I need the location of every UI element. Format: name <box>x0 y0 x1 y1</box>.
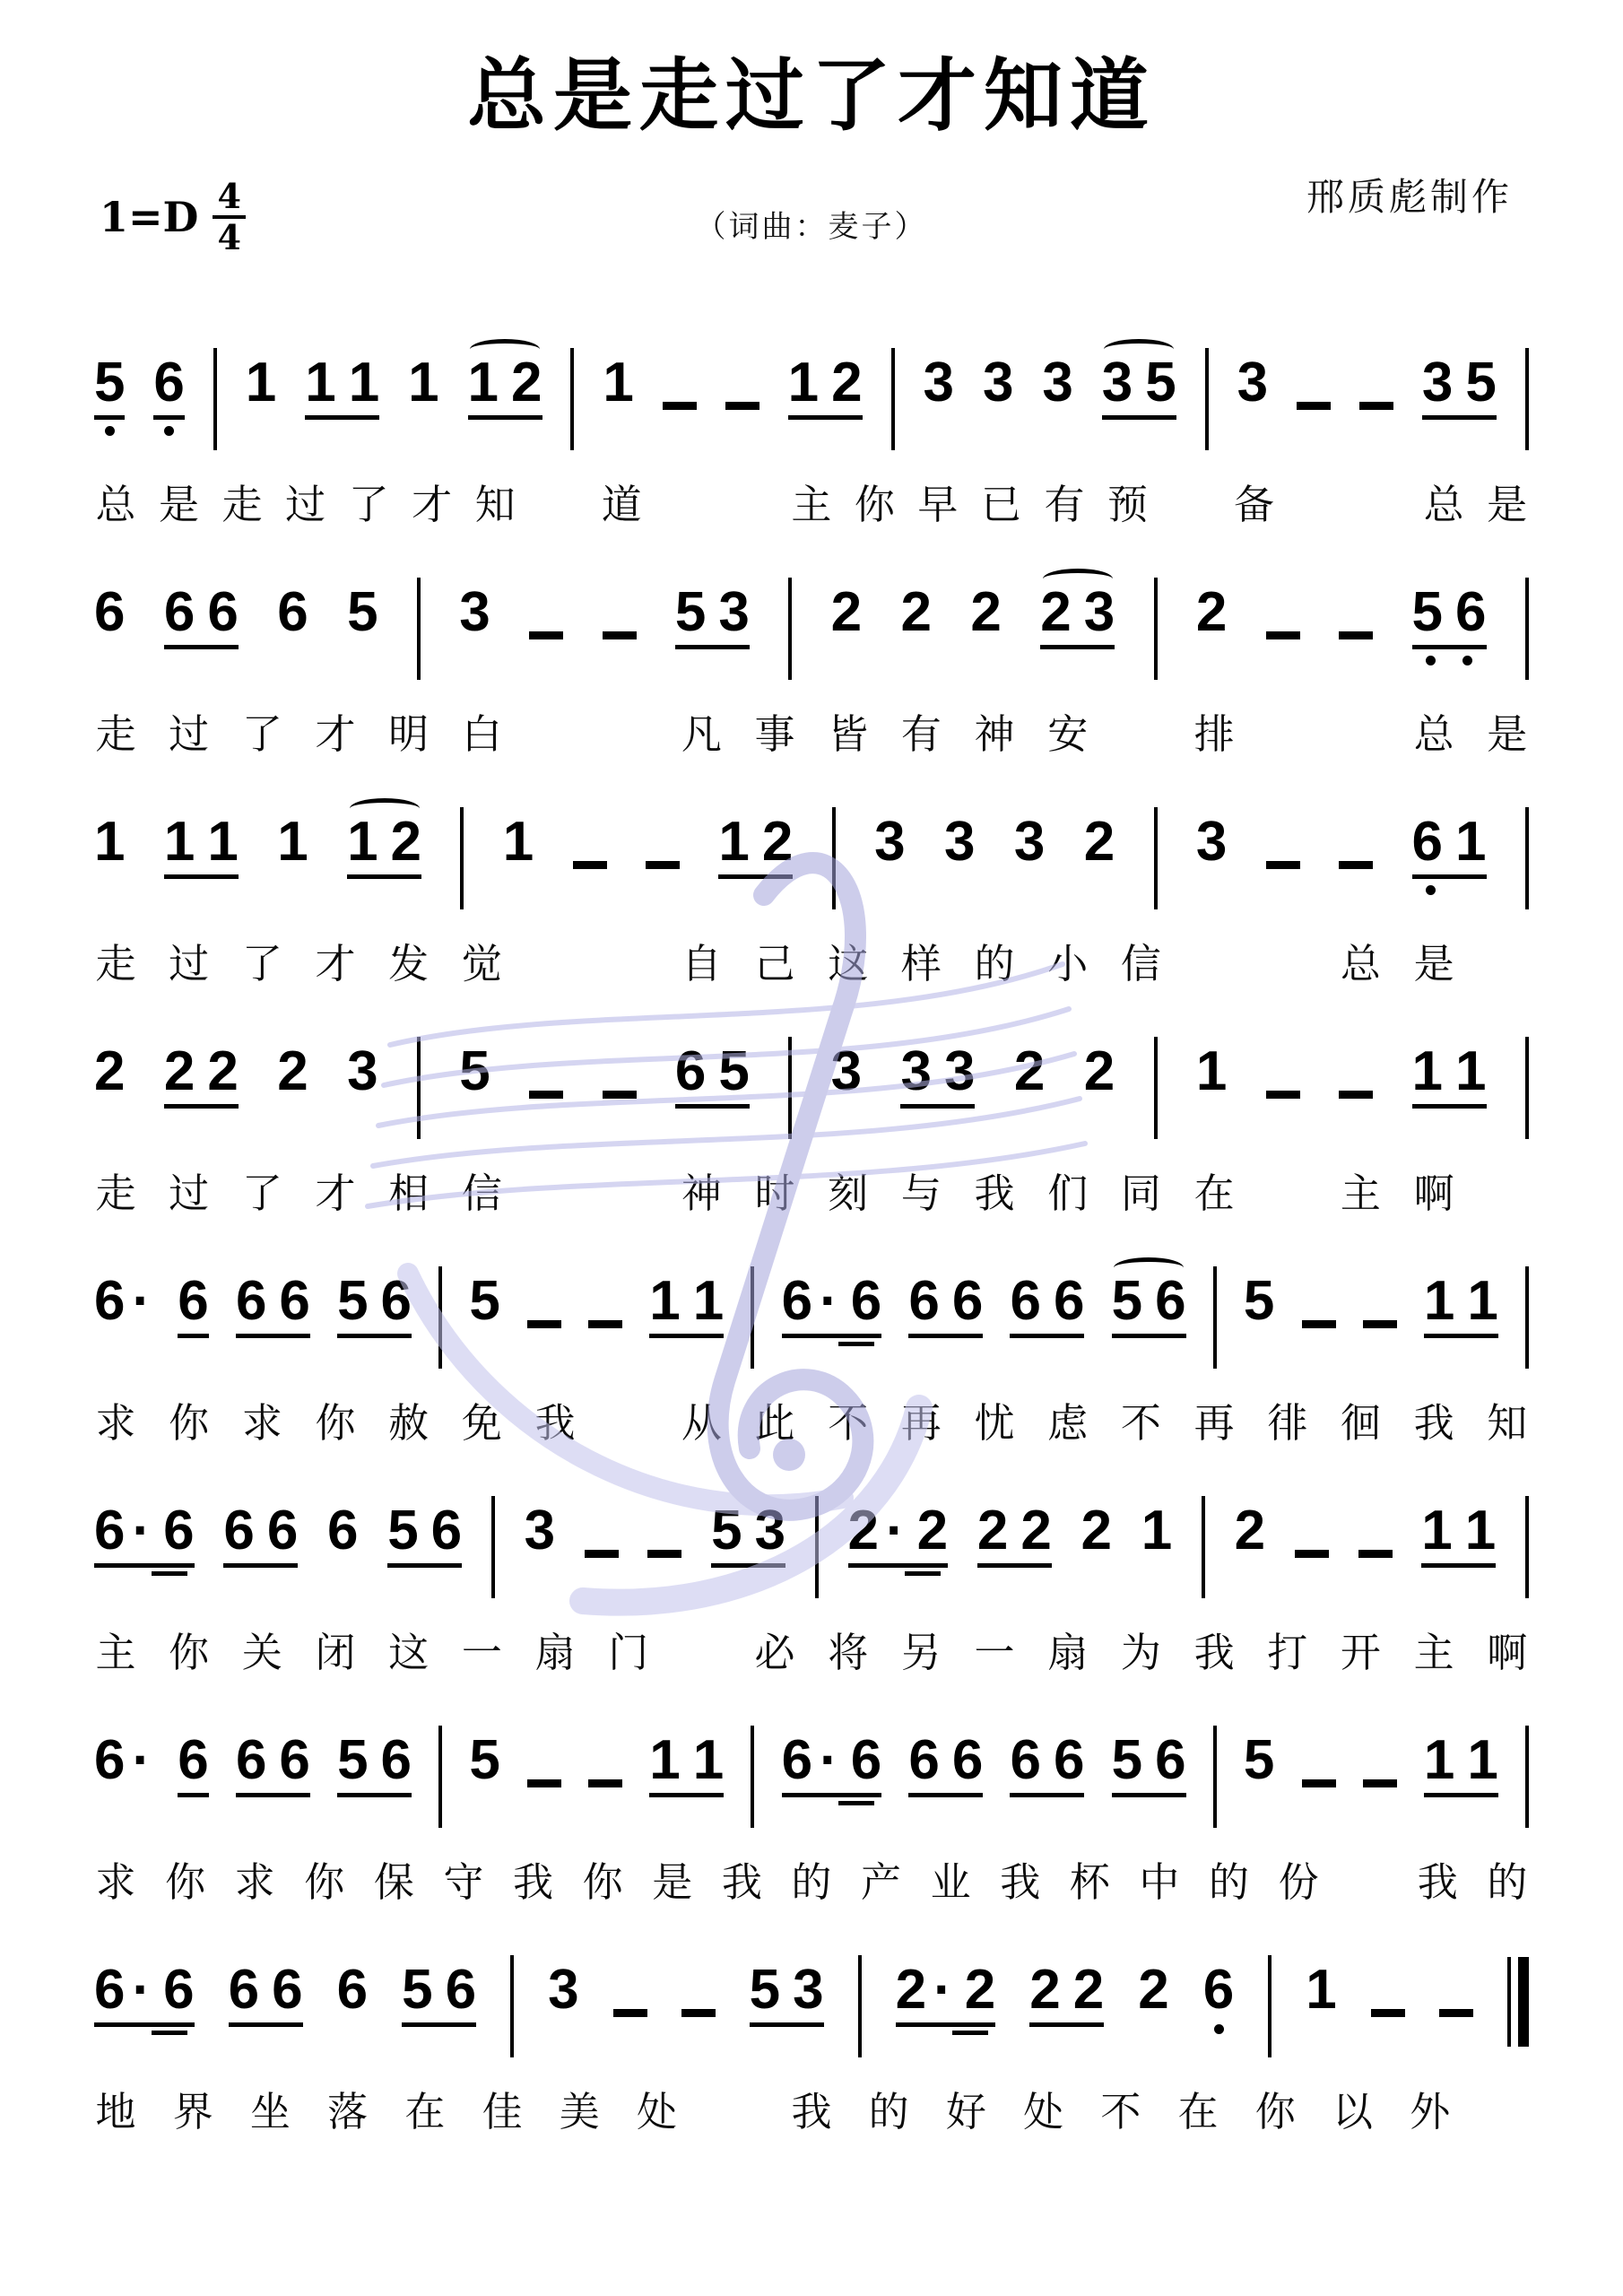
note-digit-group: 2 <box>1073 1962 1104 2018</box>
lyric-char: 是 <box>651 1857 694 1909</box>
note-digit: 1 <box>1455 1044 1486 1100</box>
lyric-char: 求 <box>94 1857 137 1909</box>
note-group: 11 <box>649 1733 724 1797</box>
note-digit-group: 5 <box>711 1503 742 1559</box>
note-digit-group: 2 <box>1235 1503 1265 1559</box>
note-group-row: 6·6 <box>94 1962 195 2018</box>
lyric-char: 在 <box>404 2086 447 2138</box>
note-digit-group: 3 <box>983 355 1013 411</box>
note-digit: 2 <box>831 355 862 411</box>
note-digit: 3 <box>347 1044 378 1100</box>
lyric-char: 将 <box>827 1627 870 1679</box>
underline-beam <box>1029 2022 1104 2027</box>
note-digit: 2 <box>1084 1044 1115 1100</box>
note-group-row: 11 <box>649 1733 724 1788</box>
note-digit: 2 <box>207 1044 238 1100</box>
note-digit-group: 5 <box>1112 1274 1142 1329</box>
barline <box>1213 1726 1217 1828</box>
barline <box>1525 1037 1529 1139</box>
note-digit-group: 6 <box>1010 1733 1040 1788</box>
note: 1 <box>1196 1044 1227 1100</box>
note-digit: 6 <box>381 1733 412 1788</box>
note-digit-group: 1 <box>503 814 534 870</box>
note-group: 6·6 <box>782 1274 882 1346</box>
dash-rest <box>1439 2009 1473 2017</box>
note-group-row: 12 <box>468 355 542 411</box>
lyric-char <box>534 709 577 761</box>
note: 5 <box>94 355 125 436</box>
note-digit: 1 <box>94 814 125 870</box>
octave-dot <box>1214 2024 1224 2034</box>
note-digit-group: 1 <box>1196 1044 1227 1100</box>
lyric-char: 排 <box>1193 709 1236 761</box>
dash-rest <box>1266 1091 1300 1099</box>
underline-beam <box>337 1793 412 1797</box>
lyric-char: 再 <box>899 1397 942 1449</box>
note: 5 <box>459 1044 490 1100</box>
note-group: 61 <box>1412 814 1487 895</box>
note-digit-group: 1 <box>649 1274 680 1329</box>
note-digit-group: 6 <box>163 1962 194 2018</box>
note-digit: 1 <box>408 355 438 411</box>
lyric-char: 你 <box>168 1397 211 1449</box>
note: 1 <box>503 814 534 870</box>
score-line-2: 6666535322223256走过了才明白 凡事皆有神安 排 总是 <box>94 567 1529 761</box>
score: 5611111211233335335总是走过了才知 道 主你早已有预 备 总是… <box>94 337 1529 2138</box>
note-group-row: 11 <box>1424 1733 1498 1788</box>
note-group: 12 <box>718 814 793 879</box>
note-digit-group: 2 <box>1081 1503 1112 1559</box>
lyric-char: 处 <box>636 2086 679 2138</box>
lyric-char: 过 <box>168 938 211 990</box>
dash-rest <box>1339 631 1373 639</box>
dash-rest <box>1295 1550 1329 1558</box>
lyric-char <box>1296 479 1339 531</box>
note-digit-group: 3 <box>1102 355 1133 411</box>
note: 2 <box>831 585 862 640</box>
lyric-char: 这 <box>387 1627 430 1679</box>
note-digit: 1 <box>1467 1733 1497 1788</box>
note-digit: 5 <box>1112 1274 1142 1329</box>
note-digit: 1 <box>1467 1274 1497 1329</box>
underline-beam <box>1424 1334 1498 1338</box>
lyric-char: 在 <box>1193 1168 1236 1220</box>
lyrics-row: 求你求你赦免我 从此不再忧虑不再徘徊我知 <box>94 1397 1529 1449</box>
lyric-char: 主 <box>790 479 833 531</box>
note-digit-group: 2 <box>164 1044 195 1100</box>
underline-beam <box>848 1563 949 1568</box>
note: 3 <box>1014 814 1045 870</box>
header: 总是走过了才知道 1=D 4 4 （词曲：麦子） 邢质彪制作 <box>94 0 1529 337</box>
note-group: 11 <box>649 1274 724 1338</box>
lyric-char <box>1193 938 1236 990</box>
note-digit-group: 1 <box>603 355 633 411</box>
note-digit: 6 <box>153 355 184 411</box>
note-group-row: 35 <box>1102 355 1176 411</box>
underline-beam <box>1112 1793 1186 1797</box>
lyrics-row: 主你关闭这一扇门 必将另一扇为我打开主啊 <box>94 1627 1529 1679</box>
beam-slot <box>945 2031 995 2035</box>
note-group-row: 6·6 <box>782 1274 882 1329</box>
note-group: 2·2 <box>896 1962 996 2035</box>
note-digit-group: 6 <box>952 1274 983 1329</box>
dash-rest <box>588 1779 622 1787</box>
lyric-char: 了 <box>240 938 283 990</box>
underline-beam <box>649 1334 724 1338</box>
lyric-char <box>1347 1857 1390 1909</box>
note-digit-group: 1 <box>305 355 335 411</box>
lyric-char: 必 <box>753 1627 796 1679</box>
note-group-row: 56 <box>1412 585 1487 640</box>
note-digit: 3 <box>525 1503 555 1559</box>
sheet-music-page: { "page": { "title": "总是走过了才知道", "key_si… <box>0 0 1623 2296</box>
lyric-char: 己 <box>753 938 796 990</box>
lyric-char: 早 <box>916 479 959 531</box>
note-group-row: 66 <box>1010 1733 1084 1788</box>
lyric-char: 是 <box>1412 938 1455 990</box>
note: 2 <box>1084 1044 1115 1100</box>
note-digit-group: 5 <box>459 1044 490 1100</box>
note-digit: 2 <box>970 585 1001 640</box>
underline-beam-short <box>152 1571 187 1576</box>
underline-beam <box>1412 1104 1487 1109</box>
note-digit-group: 5 <box>337 1274 368 1329</box>
barline <box>213 348 217 450</box>
lyric-char: 杯 <box>1068 1857 1111 1909</box>
note-digit: 6 <box>223 1503 254 1559</box>
note: 2 <box>1084 814 1115 870</box>
note-digit: 3 <box>874 814 905 870</box>
note: 5 <box>347 585 378 640</box>
note-group-row: 33 <box>900 1044 975 1100</box>
credit-author: 邢质彪制作 <box>1306 168 1513 222</box>
lyrics-row: 走过了才发觉 自己这样的小信 总是 <box>94 938 1529 990</box>
beam-slot <box>831 1801 881 1805</box>
lyric-char <box>1119 709 1162 761</box>
lyric-char <box>1266 709 1309 761</box>
note-digit-group: 6· <box>94 1962 151 2018</box>
lyric-char: 我 <box>1416 1857 1459 1909</box>
note-digit-group: 6 <box>178 1274 208 1329</box>
note-digit-group: 3 <box>944 814 975 870</box>
note-group: 66 <box>236 1733 310 1797</box>
note-digit-group: 5 <box>469 1733 499 1788</box>
note-digit-group: 1 <box>1467 1274 1497 1329</box>
lyric-char: 过 <box>284 479 327 531</box>
dash-rest <box>529 631 563 639</box>
sixteenth-beam-row <box>782 1801 882 1805</box>
note-group: 35 <box>1102 355 1176 420</box>
note-digit-group: 6· <box>94 1503 151 1559</box>
underline-beam <box>164 645 239 649</box>
dash-rest <box>1371 2009 1405 2017</box>
lyric-char: 皆 <box>827 709 870 761</box>
note-digit-group: 6 <box>381 1733 412 1788</box>
tie-arc <box>1043 569 1113 589</box>
note-digit: 2 <box>1081 1503 1112 1559</box>
score-line-5: 6·666565116·6666656511求你求你赦免我 从此不再忧虑不再徘徊… <box>94 1256 1529 1449</box>
note-digit: 6 <box>163 1503 194 1559</box>
lyric-char: 地 <box>94 2086 137 2138</box>
note-digit-group: 3 <box>1042 355 1072 411</box>
underline-beam <box>347 874 421 879</box>
dash-rest <box>1363 1320 1397 1328</box>
note-digit-group: 6 <box>1054 1274 1084 1329</box>
note-digit-group: 5 <box>1412 585 1443 640</box>
note-digit: 5 <box>1244 1733 1274 1788</box>
note-digit: 6 <box>1455 585 1486 640</box>
note-digit-group: 2 <box>970 585 1001 640</box>
note-digit-group: 3 <box>548 1962 578 2018</box>
note-digit: 3 <box>459 585 490 640</box>
lyric-char: 我 <box>973 1168 1016 1220</box>
beam-slot <box>898 1571 948 1576</box>
note-digit-group: 3 <box>525 1503 555 1559</box>
barline <box>491 1496 495 1598</box>
note-group-row: 66 <box>908 1733 983 1788</box>
note-digit-group: 2· <box>896 1962 952 2018</box>
note-digit-group: 3 <box>944 1044 975 1100</box>
note-group: 66 <box>236 1274 310 1338</box>
sixteenth-beam-row <box>94 2031 195 2035</box>
barline <box>832 807 836 909</box>
lyric-char <box>1266 938 1309 990</box>
note-digit-group: 6 <box>851 1733 881 1788</box>
lyric-char: 你 <box>581 1857 624 1909</box>
notes-row: 5611111211233335335 <box>94 337 1529 477</box>
underline-beam <box>896 2022 996 2027</box>
underline-beam-short <box>838 1801 874 1805</box>
note-group: 22 <box>1029 1962 1104 2027</box>
dash-rest <box>1359 402 1393 410</box>
lyric-char <box>1486 2086 1529 2138</box>
note-group: 6·6 <box>782 1733 882 1805</box>
lyric-char: 以 <box>1332 2086 1375 2138</box>
note-digit-group: 6 <box>1412 814 1443 870</box>
note-digit-group: 6 <box>267 1503 298 1559</box>
note-digit: 6 <box>236 1733 266 1788</box>
note-digit: 1 <box>1196 1044 1227 1100</box>
note-digit-group: 6· <box>782 1733 838 1788</box>
octave-dot <box>1462 656 1472 665</box>
note-digit: 2 <box>391 814 421 870</box>
final-barline-thin <box>1507 1957 1511 2047</box>
note-digit: 6 <box>178 1733 208 1788</box>
lyric-char: 备 <box>1233 479 1276 531</box>
note-digit: 6 <box>1010 1274 1040 1329</box>
lyric-char: 你 <box>168 1627 211 1679</box>
underline-beam <box>1112 1334 1186 1338</box>
underline-beam <box>94 1563 195 1568</box>
note-group-row: 11 <box>1424 1274 1498 1329</box>
note-digit: 2 <box>917 1503 948 1559</box>
note-group: 66 <box>223 1503 298 1568</box>
lyric-char: 份 <box>1277 1857 1320 1909</box>
note-digit-group: 6 <box>675 1044 706 1100</box>
note-digit: 3 <box>1422 355 1453 411</box>
note: 6 <box>327 1503 358 1559</box>
barline <box>751 1266 754 1369</box>
lyric-char: 明 <box>387 709 430 761</box>
note-digit: 6 <box>229 1962 259 2018</box>
note-digit-group: 6 <box>236 1733 266 1788</box>
note-digit: 5 <box>1244 1274 1274 1329</box>
note-digit: 2 <box>1196 585 1227 640</box>
lyric-char: 才 <box>314 709 357 761</box>
note: 3 <box>944 814 975 870</box>
underline-beam <box>1102 415 1176 420</box>
note-digit: 6 <box>337 1962 368 2018</box>
note: 1 <box>603 355 633 411</box>
note: 6 <box>153 355 184 436</box>
note: 3 <box>1042 355 1072 411</box>
lyrics-row: 走过了才明白 凡事皆有神安 排 总是 <box>94 709 1529 761</box>
lyric-char: 道 <box>600 479 643 531</box>
note-digit: 6 <box>267 1503 298 1559</box>
note-digit: 2 <box>1084 814 1115 870</box>
note-digit-group: 2 <box>1014 1044 1045 1100</box>
note-digit-group: 6 <box>1455 585 1486 640</box>
note-digit-group: 3 <box>718 585 749 640</box>
note-digit: 6 <box>952 1733 983 1788</box>
barline <box>1213 1266 1217 1369</box>
lyric-char: 过 <box>168 709 211 761</box>
lyric-char: 发 <box>387 938 430 990</box>
note-group-row: 56 <box>337 1733 412 1788</box>
final-barline-thick <box>1518 1957 1529 2047</box>
note-group: 11 <box>305 355 379 420</box>
note-digit: 6 <box>908 1274 939 1329</box>
augmentation-dot: · <box>132 1274 151 1329</box>
note-digit: 5 <box>1112 1733 1142 1788</box>
augmentation-dot: · <box>886 1503 905 1559</box>
lyric-char: 虑 <box>1046 1397 1089 1449</box>
note-group: 11 <box>1421 1503 1496 1568</box>
note: 1 <box>246 355 276 411</box>
note-digit: 6 <box>94 1274 125 1329</box>
underline-beam <box>402 2022 476 2027</box>
note-group: 56 <box>1112 1274 1186 1338</box>
dash-rest <box>588 1320 622 1328</box>
augmentation-dot: · <box>132 1503 151 1559</box>
note-digit-group: 1 <box>408 355 438 411</box>
note-digit-group: 5 <box>347 585 378 640</box>
note-digit: 6 <box>94 1733 125 1788</box>
note-digit: 1 <box>649 1274 680 1329</box>
octave-dot <box>1426 885 1436 895</box>
lyric-char: 啊 <box>1412 1168 1455 1220</box>
underline-beam <box>223 1563 298 1568</box>
lyric-char: 不 <box>827 1397 870 1449</box>
note-digit: 2 <box>965 1962 995 2018</box>
lyric-char: 样 <box>899 938 942 990</box>
note: 3 <box>1196 814 1227 870</box>
note-digit-group: 1 <box>1455 814 1486 870</box>
note-digit: 1 <box>468 355 499 411</box>
underline-beam-short <box>905 1571 941 1576</box>
note-digit-group: 6· <box>782 1274 838 1329</box>
note-digit-group: 6 <box>952 1733 983 1788</box>
note-digit-group: 2 <box>277 1044 308 1100</box>
note-digit-group: 1 <box>1141 1503 1172 1559</box>
note-digit-group: 1 <box>693 1733 724 1788</box>
lyric-char: 我 <box>512 1857 555 1909</box>
lyric-char: 小 <box>1046 938 1089 990</box>
lyric-char: 我 <box>720 1857 763 1909</box>
lyric-char <box>1339 709 1382 761</box>
note-digit: 6 <box>277 585 308 640</box>
lyric-char <box>537 479 580 531</box>
barline <box>570 348 574 450</box>
note-digit: 6 <box>431 1503 462 1559</box>
note-digit-group: 2 <box>1138 1962 1168 2018</box>
underline-beam-short <box>152 2031 187 2035</box>
lyrics-row: 总是走过了才知 道 主你早已有预 备 总是 <box>94 479 1529 531</box>
note-digit-group: 6 <box>851 1274 881 1329</box>
note-group-row: 56 <box>402 1962 476 2018</box>
lyric-char <box>1266 1168 1309 1220</box>
note-digit: 3 <box>831 1044 862 1100</box>
note-digit: 5 <box>1412 585 1443 640</box>
note-group: 56 <box>1112 1733 1186 1797</box>
score-line-6: 6·6666563532·22221211主你关闭这一扇门 必将另一扇为我打开主… <box>94 1485 1529 1679</box>
lyric-char: 求 <box>240 1397 283 1449</box>
lyric-char: 走 <box>221 479 264 531</box>
note-digit-group: 1 <box>649 1733 680 1788</box>
lyric-char <box>607 709 650 761</box>
lyric-char: 我 <box>534 1397 577 1449</box>
barline <box>891 348 895 450</box>
note-digit: 2 <box>977 1503 1008 1559</box>
note-group-row: 66 <box>236 1733 310 1788</box>
note-digit-group: 1 <box>718 814 749 870</box>
underline-beam <box>750 2022 824 2027</box>
note-digit-group: 1 <box>164 814 195 870</box>
octave-dot-row <box>1412 885 1487 895</box>
note-group: 33 <box>900 1044 975 1109</box>
note-digit-group: 2 <box>94 1044 125 1100</box>
note-group-row: 6·6 <box>782 1733 882 1788</box>
note-group: 22 <box>977 1503 1052 1568</box>
dash-rest <box>1358 1550 1393 1558</box>
note-digit-group: 5 <box>675 585 706 640</box>
note: 5 <box>469 1733 499 1788</box>
note-digit-group: 1 <box>1455 1044 1486 1100</box>
note-digit-group: 1 <box>349 355 379 411</box>
note-digit-group: 1 <box>277 814 308 870</box>
note-digit-group: 3 <box>1014 814 1045 870</box>
note-group: 11 <box>164 814 239 879</box>
barline <box>1525 807 1529 909</box>
note-group: 12 <box>468 355 542 420</box>
note: 2 <box>1235 1503 1265 1559</box>
note-group: 35 <box>1422 355 1497 420</box>
note-group: 56 <box>1412 585 1487 665</box>
barline <box>510 1955 514 2057</box>
lyric-char: 信 <box>460 1168 503 1220</box>
dash-rest <box>1302 1779 1336 1787</box>
note-digit-group: 2 <box>831 355 862 411</box>
note-digit: 6 <box>952 1274 983 1329</box>
note: 1 <box>408 355 438 411</box>
note: 5 <box>1244 1733 1274 1788</box>
barline <box>1525 578 1529 680</box>
note-group-row: 66 <box>236 1274 310 1329</box>
note-digit-group: 2 <box>1029 1962 1060 2018</box>
note-digit-group: 1 <box>693 1274 724 1329</box>
note: 1 <box>277 814 308 870</box>
note-digit-group: 6 <box>94 585 125 640</box>
